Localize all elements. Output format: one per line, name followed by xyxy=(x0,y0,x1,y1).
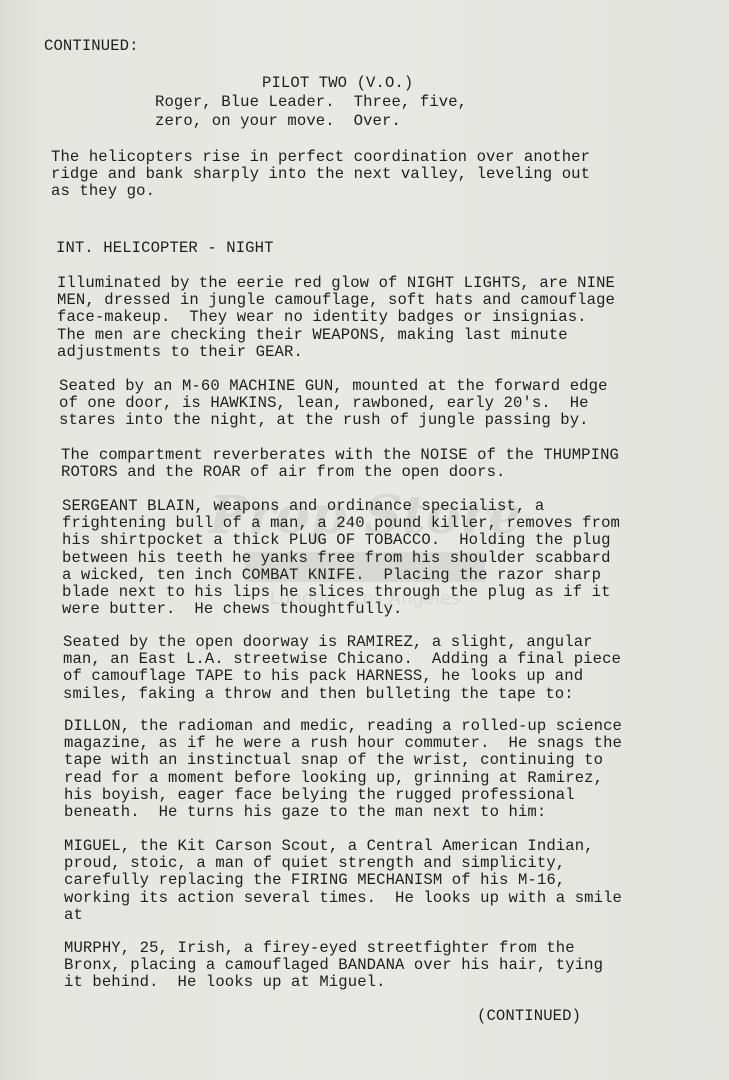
action-paragraph: The helicopters rise in perfect coordina… xyxy=(51,149,590,201)
scene-heading: INT. HELICOPTER - NIGHT xyxy=(56,240,274,257)
continued-header: CONTINUED: xyxy=(44,38,139,55)
action-paragraph: Illuminated by the eerie red glow of NIG… xyxy=(57,275,615,361)
action-paragraph: The compartment reverberates with the NO… xyxy=(61,447,619,481)
action-paragraph: SERGEANT BLAIN, weapons and ordinance sp… xyxy=(62,498,620,618)
continued-footer: (CONTINUED) xyxy=(477,1008,581,1025)
action-paragraph: Seated by the open doorway is RAMIREZ, a… xyxy=(63,634,621,703)
action-paragraph: MURPHY, 25, Irish, a firey-eyed streetfi… xyxy=(64,940,603,992)
action-paragraph: MIGUEL, the Kit Carson Scout, a Central … xyxy=(64,838,622,924)
action-paragraph: DILLON, the radioman and medic, reading … xyxy=(64,718,622,821)
action-paragraph: Seated by an M-60 MACHINE GUN, mounted a… xyxy=(59,378,608,430)
script-page: Prop Store London · Los Angeles CONTINUE… xyxy=(0,0,729,1080)
dialogue-line: zero, on your move. Over. xyxy=(155,113,401,130)
character-name: PILOT TWO (V.O.) xyxy=(262,75,413,92)
dialogue-line: Roger, Blue Leader. Three, five, xyxy=(155,94,467,111)
